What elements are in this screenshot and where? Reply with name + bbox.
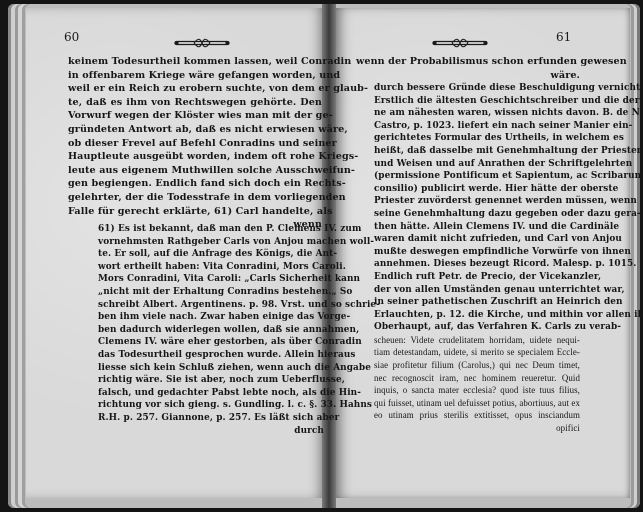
footnote-line: Erlauchten, p. 12. die Kirche, und mithi… [374, 309, 580, 322]
left-main-text: keinem Todesurtheil kommen lassen, weil … [68, 55, 322, 232]
text-line: gründeten Antwort ab, daß es nicht erwie… [68, 123, 322, 137]
footnote-line: liesse sich kein Schluß ziehen, wenn auc… [98, 362, 324, 375]
footnote-line-latin: nec recognoscit iram, nec hominem reuere… [374, 372, 580, 385]
footnote-line: falsch, und gedachter Pabst lebte noch, … [98, 387, 324, 400]
text-line: te, daß es ihm von Rechtswegen gehörte. … [68, 96, 322, 110]
footnote-line: durch bessere Gründe diese Beschuldigung… [374, 82, 580, 95]
left-footnote: 61) Es ist bekannt, daß man den P. Cleme… [98, 223, 324, 437]
open-book: 60 61 keinem Todesurtheil kommen lassen,… [0, 0, 643, 512]
footnote-line: heißt, daß dasselbe mit Genehmhaltung de… [374, 145, 580, 158]
footnote-line: waren damit nicht zufrieden, und Carl vo… [374, 233, 580, 246]
footnote-line: der von allen Umständen genau unterricht… [374, 284, 580, 297]
text-line: gelehrter, der die Todesstrafe in dem vo… [68, 191, 322, 205]
catchword: opifici [374, 422, 580, 435]
left-page-number: 60 [64, 30, 79, 44]
footnote-line: 61) Es ist bekannt, daß man den P. Cleme… [98, 223, 324, 236]
footnote-line-latin: tiam detestandam, uidete, si merito se s… [374, 346, 580, 359]
footnote-line: vornehmsten Rathgeber Carls von Anjou ma… [98, 236, 324, 249]
footnote-line: in seiner pathetischen Zuschrift an Hein… [374, 296, 580, 309]
footnote-line-latin: inquis, o sancta mater ecclesia? quod is… [374, 384, 580, 397]
footnote-line: Clemens IV. wäre eher gestorben, als übe… [98, 336, 324, 349]
footnote-line: Priester zuvörderst genennet werden müss… [374, 195, 580, 208]
right-footnote: durch bessere Gründe diese Beschuldigung… [374, 82, 580, 435]
text-line-end: wäre. [356, 69, 580, 83]
text-line: Hauptleute ausgeübt worden, indem oft ro… [68, 150, 322, 164]
footnote-line: Endlich ruft Petr. de Precio, der Viceka… [374, 271, 580, 284]
footnote-line: consilio) publicirt werde. Hier hätte de… [374, 183, 580, 196]
footnote-line: Oberhaupt, auf, das Verfahren K. Carls z… [374, 321, 580, 334]
footnote-line: „nicht mit der Erhaltung Conradins beste… [98, 286, 324, 299]
text-line: Vorwurf wegen der Klöster wies man mit d… [68, 109, 322, 123]
right-ornament-icon [432, 38, 488, 48]
footnote-line: und Weisen und auf Anrathen der Schriftg… [374, 158, 580, 171]
footnote-line-latin: siae profitetur filium (Carolus,) qui ne… [374, 359, 580, 372]
footnote-line: das Todesurtheil gesprochen wurde. Allei… [98, 349, 324, 362]
footnote-line: Castro, p. 1023. liefert ein nach seiner… [374, 120, 580, 133]
footnote-line: annehmen. Dieses bezeugt Ricord. Malesp.… [374, 258, 580, 271]
left-ornament-icon [174, 38, 230, 48]
text-line: Falle für gerecht erklärte, 61) Carl han… [68, 205, 322, 219]
footnote-line-latin: qui fuisset, utinam uel defuisset potius… [374, 397, 580, 410]
text-line: wenn der Probabilismus schon erfunden ge… [356, 55, 580, 69]
text-line: weil er ein Reich zu erobern suchte, von… [68, 82, 322, 96]
text-line: in offenbarem Kriege wäre gefangen worde… [68, 69, 322, 83]
footnote-line: then hätte. Allein Clemens IV. und die C… [374, 221, 580, 234]
right-main-text: wenn der Probabilismus schon erfunden ge… [356, 55, 580, 82]
footnote-line: (permissione Pontificum et Sapientum, ac… [374, 170, 580, 183]
footnote-line: richtig wäre. Sie ist aber, noch zum Ueb… [98, 374, 324, 387]
catchword: durch [98, 425, 324, 438]
text-line: ob dieser Frevel auf Befehl Conradins un… [68, 137, 322, 151]
footnote-line: ne am nähesten waren, wissen nichts davo… [374, 107, 580, 120]
footnote-line: ben ihm viele nach. Zwar haben einige da… [98, 311, 324, 324]
text-line: gen begiengen. Endlich fand sich doch ei… [68, 177, 322, 191]
footnote-line: schreibt Albert. Argentinens. p. 98. Vrs… [98, 299, 324, 312]
footnote-line: Erstlich die ältesten Geschichtschreiber… [374, 95, 580, 108]
text-line: leute aus eigenem Muthwillen solche Auss… [68, 164, 322, 178]
footnote-line-latin: scheuen: Videte crudelitatem horridam, u… [374, 334, 580, 347]
footnote-line-latin: eo utinam prius sterilis extitisset, opu… [374, 409, 580, 422]
footnote-line: wort ertheilt haben: Vita Conradini, Mor… [98, 261, 324, 274]
footnote-line: R.H. p. 257. Giannone, p. 257. Es läßt s… [98, 412, 324, 425]
right-page-number: 61 [556, 30, 571, 44]
footnote-line: ben dadurch widerlegen wollen, daß sie a… [98, 324, 324, 337]
footnote-line: richtung vor sich gieng. s. Gundling. l.… [98, 399, 324, 412]
footnote-line: gerichtetes Formular des Urtheils, in we… [374, 132, 580, 145]
footnote-line: te. Er soll, auf die Anfrage des Königs,… [98, 248, 324, 261]
text-line: keinem Todesurtheil kommen lassen, weil … [68, 55, 322, 69]
footnote-line: mußte deswegen empfindliche Vorwürfe von… [374, 246, 580, 259]
footnote-line: Mors Conradini, Vita Caroli: „Carls Sich… [98, 273, 324, 286]
footnote-line: seine Genehmhaltung dazu gegeben oder da… [374, 208, 580, 221]
